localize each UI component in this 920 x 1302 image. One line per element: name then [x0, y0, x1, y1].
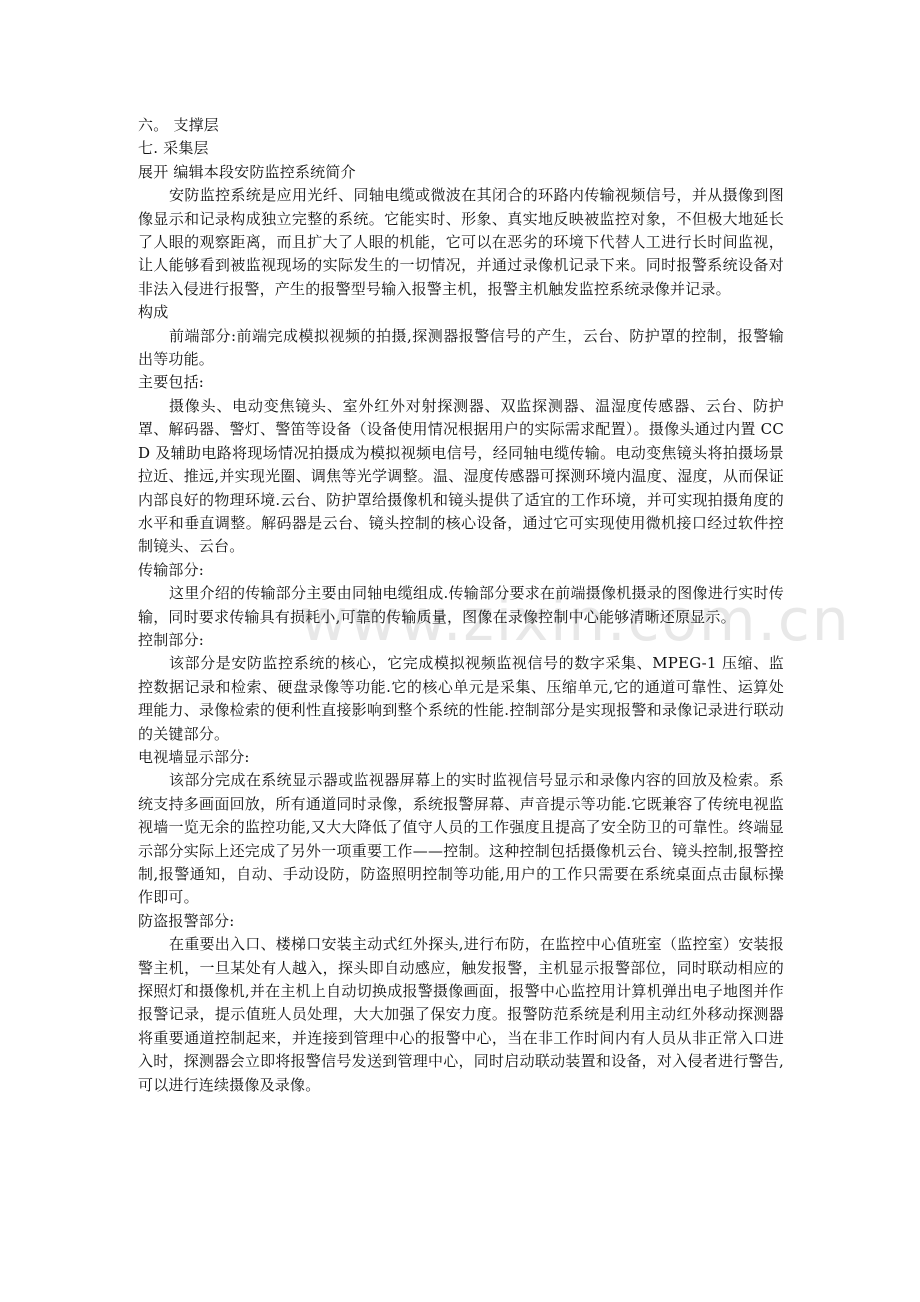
heading-collection-layer: 七. 采集层	[138, 137, 784, 160]
paragraph-intro: 安防监控系统是应用光纤、同轴电缆或微波在其闭合的环路内传输视频信号，并从摄像到图…	[138, 184, 784, 301]
paragraph-transmission: 这里介绍的传输部分主要由同轴电缆组成.传输部分要求在前端摄像机摄录的图像进行实时…	[138, 582, 784, 629]
document-page: 六。 支撑层 七. 采集层 展开 编辑本段安防监控系统简介 安防监控系统是应用光…	[138, 114, 784, 1097]
heading-support-layer: 六。 支撑层	[138, 114, 784, 137]
paragraph-main-includes: 摄像头、电动变焦镜头、室外红外对射探测器、双监探测器、温湿度传感器、云台、防护罩…	[138, 395, 784, 559]
paragraph-control: 该部分是安防监控系统的核心，它完成模拟视频监视信号的数字采集、MPEG-1 压缩…	[138, 652, 784, 746]
heading-intro: 展开 编辑本段安防监控系统简介	[138, 161, 784, 184]
heading-main-includes: 主要包括:	[138, 371, 784, 394]
heading-composition: 构成	[138, 301, 784, 324]
paragraph-alarm: 在重要出入口、楼梯口安装主动式红外探头,进行布防，在监控中心值班室（监控室）安装…	[138, 933, 784, 1097]
heading-alarm: 防盗报警部分:	[138, 910, 784, 933]
heading-tv-wall: 电视墙显示部分:	[138, 746, 784, 769]
heading-control: 控制部分:	[138, 629, 784, 652]
paragraph-tv-wall: 该部分完成在系统显示器或监视器屏幕上的实时监视信号显示和录像内容的回放及检索。系…	[138, 769, 784, 909]
heading-transmission: 传输部分:	[138, 559, 784, 582]
paragraph-frontend: 前端部分:前端完成模拟视频的拍摄,探测器报警信号的产生，云台、防护罩的控制，报警…	[138, 325, 784, 372]
